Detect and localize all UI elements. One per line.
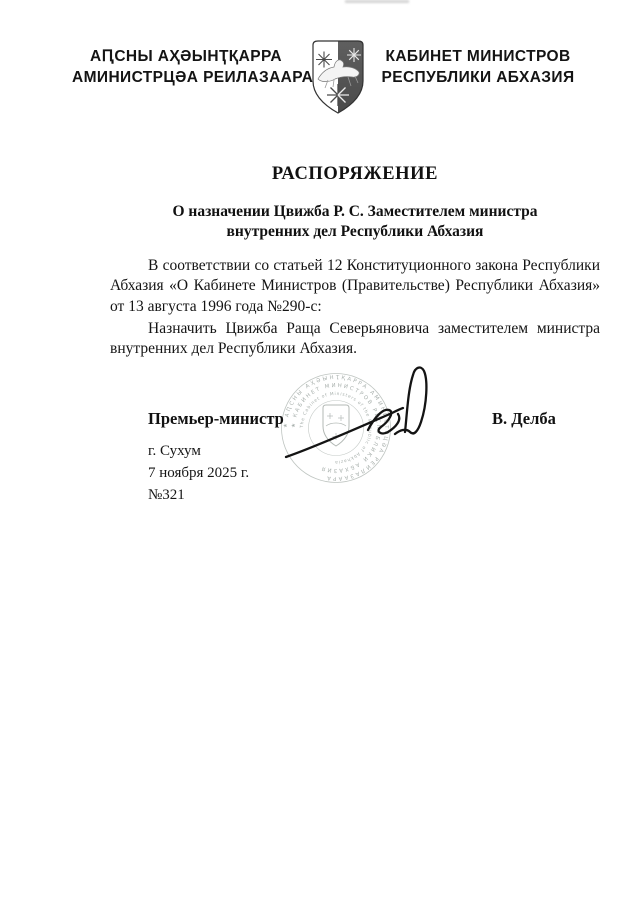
document-page: АԤСНЫ АҲӘЫНҬҚАРРА АМИНИСТРЦӘА РЕИЛАЗААРА: [0, 0, 640, 905]
header-left-line1: АԤСНЫ АҲӘЫНҬҚАРРА: [72, 46, 300, 67]
header-left-abkhaz: АԤСНЫ АҲӘЫНҬҚАРРА АМИНИСТРЦӘА РЕИЛАЗААРА: [72, 46, 300, 88]
footer-date: 7 ноября 2025 г.: [148, 465, 249, 482]
scan-artifact-top: [345, 0, 409, 3]
paragraph-appointment: Назначить Цвижба Раща Северьяновича заме…: [110, 319, 600, 360]
handwritten-signature: [270, 356, 460, 474]
document-subject: О назначении Цвижба Р. С. Заместителем м…: [110, 202, 600, 242]
subject-line2: внутренних дел Республики Абхазия: [110, 222, 600, 242]
signer-post-label: Премьер-министр: [148, 409, 284, 429]
paragraph1-line3: от 13 августа 1996 года №290-с:: [110, 297, 600, 317]
coat-of-arms-icon: [308, 38, 368, 116]
paragraph1-line1: В соответствии со статьей 12 Конституцио…: [110, 256, 600, 276]
paragraph2-line1: Назначить Цвижба Раща Северьяновича заме…: [110, 319, 600, 339]
signer-name: В. Делба: [492, 409, 556, 429]
document-title: РАСПОРЯЖЕНИЕ: [110, 164, 600, 185]
header-right-line2: РЕСПУБЛИКИ АБХАЗИЯ: [372, 67, 584, 88]
footer-city: г. Сухум: [148, 443, 201, 460]
header-right-russian: КАБИНЕТ МИНИСТРОВ РЕСПУБЛИКИ АБХАЗИЯ: [372, 46, 584, 88]
footer-document-number: №321: [148, 487, 185, 504]
paragraph1-line2: Абхазия «О Кабинете Министров (Правитель…: [110, 276, 600, 296]
paragraph-legal-basis: В соответствии со статьей 12 Конституцио…: [110, 256, 600, 317]
header-right-line1: КАБИНЕТ МИНИСТРОВ: [372, 46, 584, 67]
subject-line1: О назначении Цвижба Р. С. Заместителем м…: [110, 202, 600, 222]
header-left-line2: АМИНИСТРЦӘА РЕИЛАЗААРА: [72, 67, 300, 88]
